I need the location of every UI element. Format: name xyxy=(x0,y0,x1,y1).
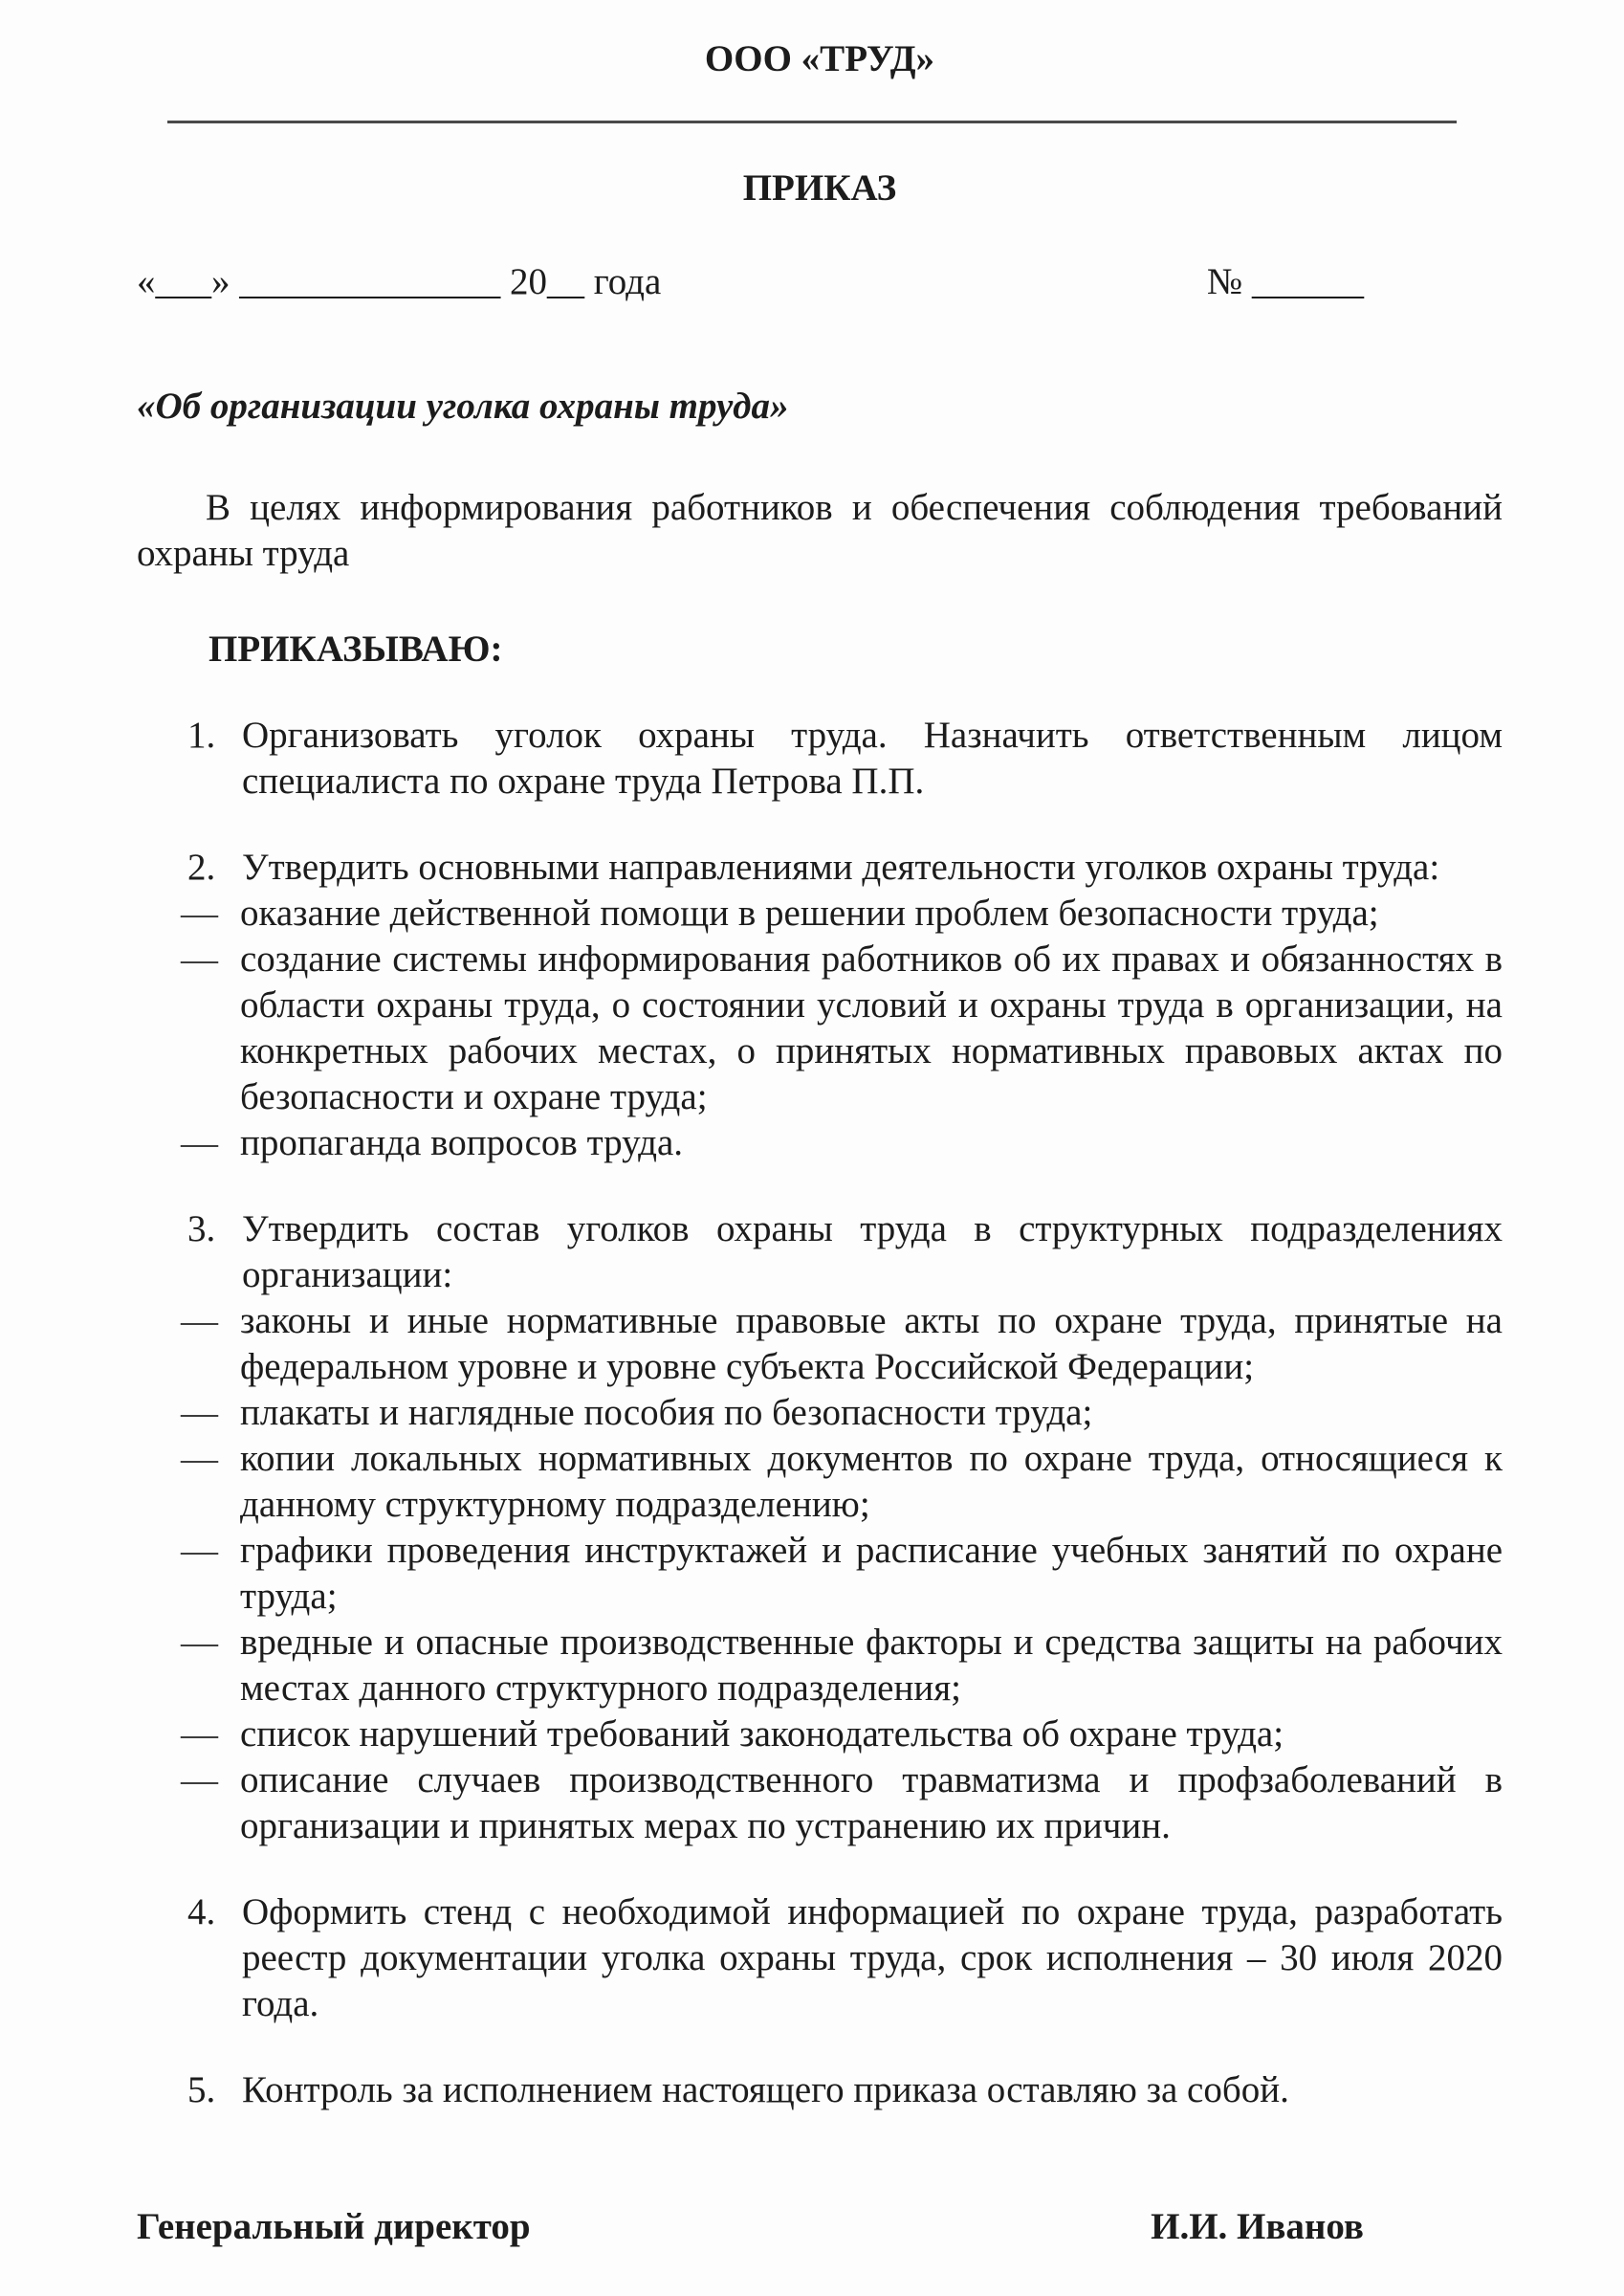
signature-position: Генеральный директор xyxy=(137,2204,531,2250)
dash-marker: — xyxy=(181,1711,240,1757)
dash-marker: — xyxy=(181,891,240,937)
subitem-text: плакаты и наглядные пособия по безопасно… xyxy=(240,1390,1503,1436)
order-item-2-sub-3: — пропаганда вопросов труда. xyxy=(187,1120,1503,1166)
order-item-3-sub-2: — плакаты и наглядные пособия по безопас… xyxy=(187,1390,1503,1436)
doc-type-title: ПРИКАЗ xyxy=(137,166,1503,211)
dash-marker: — xyxy=(181,1390,240,1436)
header-rule xyxy=(167,121,1457,123)
order-item-3-sub-5: — вредные и опасные производственные фак… xyxy=(187,1620,1503,1711)
dash-marker: — xyxy=(181,1757,240,1849)
dash-marker: — xyxy=(181,1120,240,1166)
item-3-text: Утвердить состав уголков охраны труда в … xyxy=(242,1206,1503,1298)
item-4-text: Оформить стенд с необходимой информацией… xyxy=(242,1889,1503,2027)
resolution-word: ПРИКАЗЫВАЮ: xyxy=(137,627,1503,673)
order-item-2-sub-1: — оказание действенной помощи в решении … xyxy=(187,891,1503,937)
subitem-text: создание системы информирования работник… xyxy=(240,937,1503,1120)
order-item-3-sub-1: — законы и иные нормативные правовые акт… xyxy=(187,1298,1503,1390)
order-number-blank: № ______ xyxy=(1207,259,1364,305)
date-blank: «___» ______________ 20__ года xyxy=(137,259,661,305)
meta-row: «___» ______________ 20__ года № ______ xyxy=(137,259,1503,305)
item-2-number: 2. xyxy=(187,845,242,891)
item-4-number: 4. xyxy=(187,1889,242,2027)
subject-line: «Об организации уголка охраны труда» xyxy=(137,384,1503,430)
order-item-3: 3. Утвердить состав уголков охраны труда… xyxy=(187,1206,1503,1298)
org-name: ООО «ТРУД» xyxy=(137,36,1503,82)
item-5-number: 5. xyxy=(187,2067,242,2113)
subitem-text: вредные и опасные производственные факто… xyxy=(240,1620,1503,1711)
signature-row: Генеральный директор И.И. Иванов xyxy=(137,2204,1503,2250)
order-item-3-sub-4: — графики проведения инструктажей и расп… xyxy=(187,1528,1503,1620)
order-item-1: 1. Организовать уголок охраны труда. Наз… xyxy=(187,713,1503,805)
item-5-text: Контроль за исполнением настоящего прика… xyxy=(242,2067,1503,2113)
subitem-text: описание случаев производственного травм… xyxy=(240,1757,1503,1849)
order-item-3-sub-6: — список нарушений требований законодате… xyxy=(187,1711,1503,1757)
order-item-2: 2. Утвердить основными направлениями дея… xyxy=(187,845,1503,891)
order-items-list: 1. Организовать уголок охраны труда. Наз… xyxy=(187,713,1503,2113)
order-item-3-sub-7: — описание случаев производственного тра… xyxy=(187,1757,1503,1849)
item-2-text: Утвердить основными направлениями деятел… xyxy=(242,845,1503,891)
order-item-2-sub-2: — создание системы информирования работн… xyxy=(187,937,1503,1120)
subitem-text: графики проведения инструктажей и распис… xyxy=(240,1528,1503,1620)
item-1-number: 1. xyxy=(187,713,242,805)
dash-marker: — xyxy=(181,937,240,1120)
dash-marker: — xyxy=(181,1298,240,1390)
item-1-text: Организовать уголок охраны труда. Назнач… xyxy=(242,713,1503,805)
subitem-text: пропаганда вопросов труда. xyxy=(240,1120,1503,1166)
dash-marker: — xyxy=(181,1620,240,1711)
order-item-3-sub-3: — копии локальных нормативных документов… xyxy=(187,1436,1503,1528)
subitem-text: копии локальных нормативных документов п… xyxy=(240,1436,1503,1528)
intro-paragraph: В целях информирования работников и обес… xyxy=(137,485,1503,577)
subitem-text: список нарушений требований законодатель… xyxy=(240,1711,1503,1757)
subitem-text: законы и иные нормативные правовые акты … xyxy=(240,1298,1503,1390)
dash-marker: — xyxy=(181,1528,240,1620)
item-3-number: 3. xyxy=(187,1206,242,1298)
order-item-5: 5. Контроль за исполнением настоящего пр… xyxy=(187,2067,1503,2113)
subitem-text: оказание действенной помощи в решении пр… xyxy=(240,891,1503,937)
dash-marker: — xyxy=(181,1436,240,1528)
order-item-4: 4. Оформить стенд с необходимой информац… xyxy=(187,1889,1503,2027)
signature-name: И.И. Иванов xyxy=(1151,2204,1364,2250)
document-page: ООО «ТРУД» ПРИКАЗ «___» ______________ 2… xyxy=(0,0,1624,2296)
